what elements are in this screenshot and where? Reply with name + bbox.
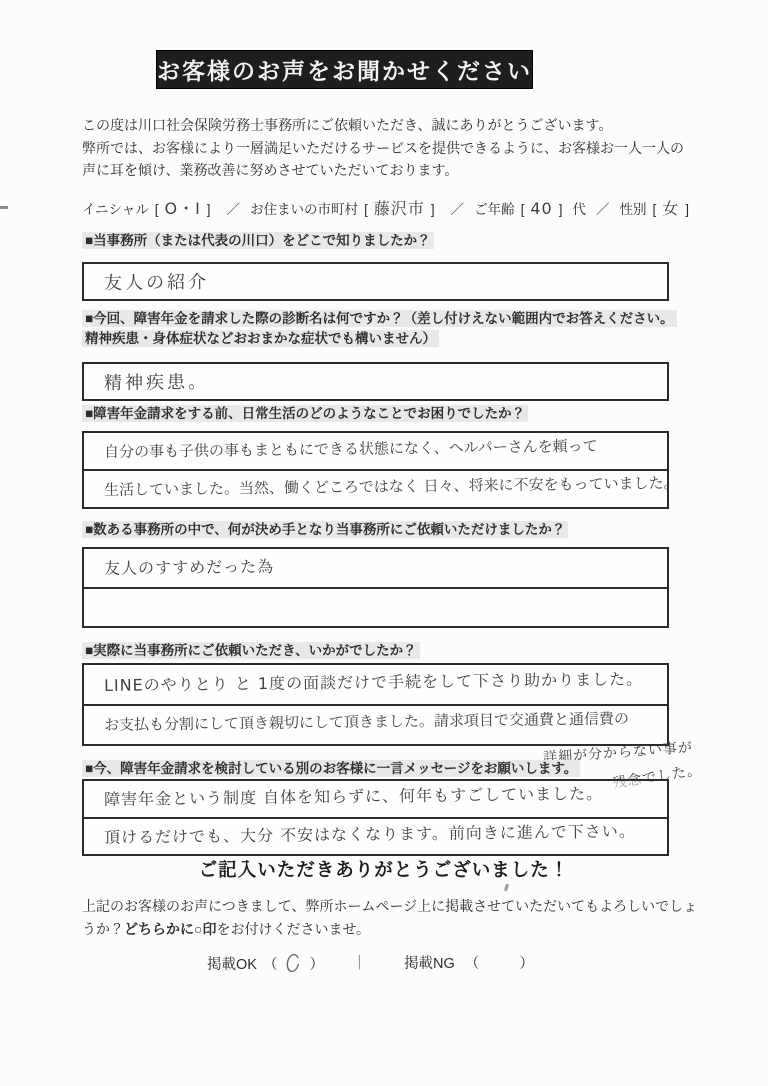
answer-3-line-1-handwritten: 自分の事も子供の事もまともにできる状態になく、ヘルパーさんを頼って (104, 434, 598, 461)
answer-box-5: LINEのやりとり と 1度の面談だけで手続をして下さり助かりました。 お支払も… (82, 663, 669, 746)
answer-row: 精神疾患。 (84, 364, 667, 399)
gender-value-handwritten: 女 (662, 199, 679, 218)
answer-row: 頂けるだけでも、大分 不安はなくなります。前向きに進んで下さい。 (84, 817, 667, 855)
answer-4-line-1-handwritten: 友人のすすめだった為 (104, 554, 274, 579)
publish-consent-paragraph: 上記のお客様のお声につきまして、弊所ホームページ上に掲載させていただいてもよろし… (82, 895, 698, 940)
answer-row: LINEのやりとり と 1度の面談だけで手続をして下さり助かりました。 (84, 665, 667, 704)
question-2-heading: ■今回、障害年金を請求した際の診断名は何ですか？（差し付けえない範囲内でお答えく… (82, 309, 682, 349)
city-value-handwritten: 藤沢市 (374, 199, 425, 218)
answer-5-line-1-handwritten: LINEのやりとり と 1度の面談だけで手続をして下さり助かりました。 (104, 666, 643, 696)
answer-3-line-2-handwritten: 生活していました。当然、働くどころではなく 日々、将来に不安をもっていました。 (104, 471, 679, 499)
question-1-heading: ■当事務所（または代表の川口）をどこで知りましたか？ (82, 231, 682, 251)
paren-close: ） (309, 953, 324, 974)
separator-slash: ／ (596, 202, 610, 217)
separator-slash: ／ (227, 202, 241, 217)
answer-box-1: 友人の紹介 (82, 262, 669, 301)
intro-paragraph: この度は川口社会保険労務士事務所にご依頼いただき、誠にありがとうございます。 弊… (82, 114, 694, 182)
handwritten-circle-mark (285, 952, 301, 974)
initial-value-handwritten: O・I (164, 199, 200, 218)
answer-box-3: 自分の事も子供の事もまともにできる状態になく、ヘルパーさんを頼って 生活していま… (82, 431, 669, 509)
answer-2-handwritten: 精神疾患。 (104, 367, 209, 394)
bracket-open: [ (364, 202, 368, 217)
question-5-text: ■実際に当事務所にご依頼いただき、いかがでしたか？ (82, 642, 420, 659)
answer-1-handwritten: 友人の紹介 (104, 267, 209, 294)
question-6-heading: ■今、障害年金請求を検討している別のお客様に一言メッセージをお願いします。 (82, 759, 582, 779)
city-label: お住まいの市町村 (250, 202, 358, 217)
initial-label: イニシャル (82, 202, 149, 217)
paren-open: （ (263, 953, 278, 974)
answer-6-line-1-handwritten: 障害年金という制度 自体を知らずに、何年もすごしていました。 (104, 781, 603, 810)
question-4-heading: ■数ある事務所の中で、何が決め手となり当事務所にご依頼いただけましたか？ (82, 520, 682, 540)
answer-row: 自分の事も子供の事もまともにできる状態になく、ヘルパーさんを頼って (84, 433, 667, 469)
answer-row: 友人のすすめだった為 (84, 549, 667, 587)
age-label: ご年齢 (474, 202, 515, 217)
respondent-info-line: イニシャル[O・I]／お住まいの市町村[藤沢市]／ご年齢[40]代／性別[女] (82, 196, 722, 219)
answer-row: 友人の紹介 (84, 264, 667, 299)
bracket-close: ] (559, 202, 563, 217)
answer-6-line-2-handwritten: 頂けるだけでも、大分 不安はなくなります。前向きに進んで下さい。 (104, 818, 636, 847)
question-3-text: ■障害年金請求をする前、日常生活のどのようなことでお困りでしたか？ (82, 405, 528, 422)
publish-ok-label: 掲載OK (207, 953, 257, 974)
bracket-close: ] (431, 202, 435, 217)
consent-text-after: をお付けくださいませ。 (216, 921, 370, 937)
answer-row: 生活していました。当然、働くどころではなく 日々、将来に不安をもっていました。 (84, 469, 667, 507)
bracket-close: ] (685, 202, 689, 217)
answer-5-line-2-handwritten: お支払も分割にして頂き親切にして頂きました。請求項目で交通費と通信費の (104, 708, 629, 735)
publish-choice-line: 掲載OK （ ） ｜ 掲載NG （ ） (0, 950, 768, 980)
answer-box-4: 友人のすすめだった為 (82, 547, 669, 628)
publish-ng-label: 掲載NG (404, 956, 455, 972)
scan-artifact-dash (0, 206, 8, 209)
question-6-text: ■今、障害年金請求を検討している別のお客様に一言メッセージをお願いします。 (82, 760, 580, 777)
answer-row: お支払も分割にして頂き親切にして頂きました。請求項目で交通費と通信費の (84, 704, 667, 745)
form-title-bar: お客様のお声をお聞かせください (156, 50, 533, 89)
bracket-close: ] (207, 202, 211, 217)
answer-box-6: 障害年金という制度 自体を知らずに、何年もすごしていました。 頂けるだけでも、大… (82, 779, 669, 856)
question-3-heading: ■障害年金請求をする前、日常生活のどのようなことでお困りでしたか？ (82, 404, 682, 424)
consent-text-bold: どちらかに○印 (124, 921, 216, 937)
publish-ok-option: 掲載OK （ ） (207, 952, 330, 974)
question-5-heading: ■実際に当事務所にご依頼いただき、いかがでしたか？ (82, 641, 682, 661)
bracket-open: [ (521, 202, 525, 217)
divider-bar: ｜ (352, 952, 367, 973)
thank-you-message: ご記入いただきありがとうございました！ (0, 856, 768, 882)
gender-label: 性別 (620, 202, 647, 217)
answer-box-2: 精神疾患。 (82, 362, 669, 401)
form-title: お客様のお声をお聞かせください (157, 53, 532, 86)
paren-close: ） (519, 956, 534, 972)
question-1-text: ■当事務所（または代表の川口）をどこで知りましたか？ (82, 232, 434, 249)
question-4-text: ■数ある事務所の中で、何が決め手となり当事務所にご依頼いただけましたか？ (82, 521, 568, 538)
answer-row: 障害年金という制度 自体を知らずに、何年もすごしていました。 (84, 781, 667, 817)
publish-ng-option: 掲載NG （ ） (404, 952, 540, 973)
separator-slash: ／ (451, 202, 465, 217)
answer-row-empty (84, 587, 667, 627)
bracket-open: [ (155, 202, 159, 217)
scanned-survey-sheet: お客様のお声をお聞かせください この度は川口社会保険労務士事務所にご依頼いただき… (0, 0, 768, 1086)
question-2-text: ■今回、障害年金を請求した際の診断名は何ですか？（差し付けえない範囲内でお答えく… (82, 310, 677, 347)
bracket-open: [ (653, 202, 657, 217)
intro-line-1: この度は川口社会保険労務士事務所にご依頼いただき、誠にありがとうございます。 (82, 114, 694, 137)
paren-open: （ (465, 956, 480, 972)
age-suffix: 代 (573, 202, 587, 217)
intro-line-2: 弊所では、お客様により一層満足いただけるサービスを提供できるように、お客様お一人… (82, 137, 694, 182)
empty-mark-space (495, 956, 503, 972)
scan-artifact-speck (504, 884, 509, 892)
age-value-handwritten: 40 (530, 199, 552, 218)
